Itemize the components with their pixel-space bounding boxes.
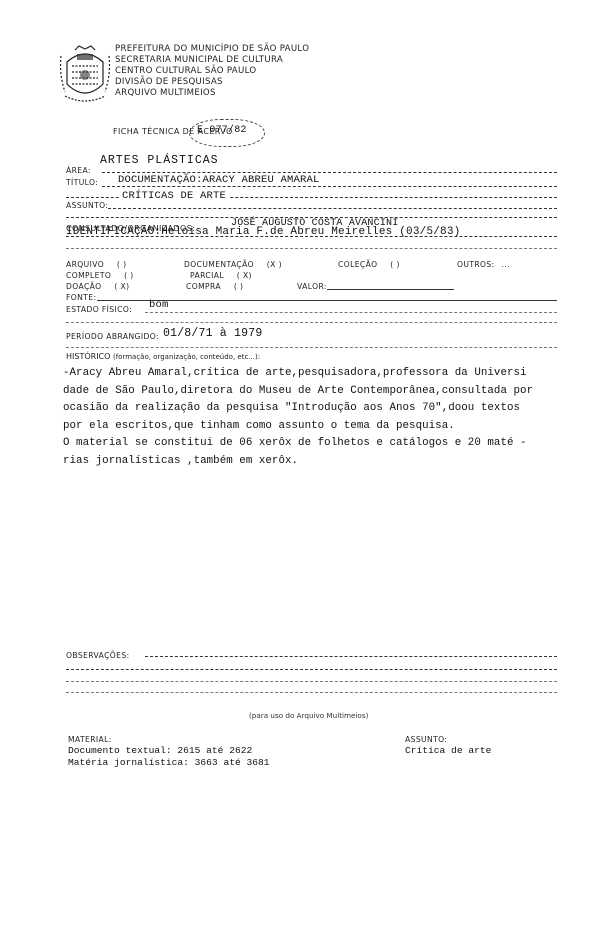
outros-option[interactable]: OUTROS: ... bbox=[457, 260, 510, 269]
material-list: Documento textual: 2615 até 2622 Matéria… bbox=[68, 745, 270, 769]
material-item: Documento textual: 2615 até 2622 bbox=[68, 745, 270, 757]
titulo-value: DOCUMENTAÇÃO:ARACY ABREU AMARAL bbox=[118, 174, 320, 186]
documentacao-label: DOCUMENTAÇÃO bbox=[184, 260, 254, 269]
historico-label: HISTÓRICO bbox=[66, 352, 110, 361]
historico-heading: HISTÓRICO (formação, organização, conteú… bbox=[66, 352, 260, 361]
header-line-secretaria: SECRETARIA MUNICIPAL DE CULTURA bbox=[115, 55, 309, 66]
periodo-label: PERÍODO ABRANGIDO: bbox=[66, 332, 159, 341]
area-label: ÁREA: bbox=[66, 166, 91, 175]
assunto-value: CRÍTICAS DE ARTE bbox=[119, 190, 229, 202]
compra-checkbox[interactable]: ( ) bbox=[234, 282, 244, 291]
footer-assunto-label: ASSUNTO: bbox=[405, 735, 447, 744]
observacoes-rule-3 bbox=[66, 681, 557, 682]
doacao-option[interactable]: DOAÇÃO ( X) bbox=[66, 282, 129, 291]
documentacao-checkbox[interactable]: (X ) bbox=[267, 260, 282, 269]
estado-label: ESTADO FÍSICO: bbox=[66, 305, 132, 314]
estado-value: bom bbox=[149, 299, 169, 311]
identificacao-rule bbox=[66, 236, 557, 237]
header-line-arquivo: ARQUIVO MULTIMEIOS bbox=[115, 88, 309, 99]
documentacao-option[interactable]: DOCUMENTAÇÃO (X ) bbox=[184, 260, 282, 269]
material-label: MATERIAL: bbox=[68, 735, 112, 744]
historico-line: -Aracy Abreu Amaral,crítica de arte,pesq… bbox=[63, 365, 533, 383]
blank-rule-2 bbox=[66, 248, 557, 249]
historico-line: dade de São Paulo,diretora do Museu de A… bbox=[63, 383, 533, 401]
historico-text: -Aracy Abreu Amaral,crítica de arte,pesq… bbox=[63, 365, 533, 471]
compra-option[interactable]: COMPRA ( ) bbox=[186, 282, 243, 291]
observacoes-rule bbox=[145, 656, 557, 657]
doacao-checkbox[interactable]: ( X) bbox=[114, 282, 129, 291]
estado-rule bbox=[145, 312, 557, 313]
historico-hint: (formação, organização, conteúdo, etc...… bbox=[113, 353, 260, 361]
colecao-checkbox[interactable]: ( ) bbox=[390, 260, 400, 269]
completo-checkbox[interactable]: ( ) bbox=[124, 271, 134, 280]
historico-line: O material se constitui de 06 xerôx de f… bbox=[63, 435, 533, 453]
historico-line: ocasião da realização da pesquisa "Intro… bbox=[63, 400, 533, 418]
header-line-prefeitura: PREFEITURA DO MUNICÍPIO DE SÃO PAULO bbox=[115, 44, 309, 55]
colecao-option[interactable]: COLEÇÃO ( ) bbox=[338, 260, 400, 269]
observacoes-rule-4 bbox=[66, 692, 557, 693]
historico-line: por ela escritos,que tinham como assunto… bbox=[63, 418, 533, 436]
titulo-label: TÍTULO: bbox=[66, 178, 98, 187]
arquivo-option[interactable]: ARQUIVO ( ) bbox=[66, 260, 126, 269]
assunto-label: ASSUNTO: bbox=[66, 201, 108, 210]
area-rule bbox=[102, 172, 557, 173]
header-line-divisao: DIVISÃO DE PESQUISAS bbox=[115, 77, 309, 88]
observacoes-rule-2 bbox=[66, 669, 557, 670]
completo-label: COMPLETO bbox=[66, 271, 111, 280]
arquivo-checkbox[interactable]: ( ) bbox=[117, 260, 127, 269]
valor-label: VALOR: bbox=[297, 282, 327, 291]
header-line-centro: CENTRO CULTURAL SÃO PAULO bbox=[115, 66, 309, 77]
colecao-label: COLEÇÃO bbox=[338, 260, 377, 269]
footer-note: (para uso do Arquivo Multimeios) bbox=[249, 711, 368, 720]
observacoes-label: OBSERVAÇÕES: bbox=[66, 651, 130, 660]
area-value: ARTES PLÁSTICAS bbox=[100, 154, 219, 167]
outros-label: OUTROS: bbox=[457, 260, 495, 269]
footer-assunto-value: Crítica de arte bbox=[405, 745, 491, 756]
parcial-checkbox[interactable]: ( X) bbox=[237, 271, 252, 280]
periodo-value: 01/8/71 à 1979 bbox=[163, 327, 262, 340]
assunto-rule bbox=[108, 208, 557, 209]
material-item: Matéria jornalística: 3663 até 3681 bbox=[68, 757, 270, 769]
compra-label: COMPRA bbox=[186, 282, 221, 291]
stamp-number: E 077/82 bbox=[197, 125, 247, 136]
titulo-rule bbox=[102, 186, 557, 187]
blank-rule-3 bbox=[66, 322, 557, 323]
periodo-rule bbox=[66, 347, 557, 348]
coat-of-arms-icon bbox=[57, 44, 113, 104]
doacao-label: DOAÇÃO bbox=[66, 282, 102, 291]
header-block: PREFEITURA DO MUNICÍPIO DE SÃO PAULO SEC… bbox=[115, 44, 309, 99]
completo-option[interactable]: COMPLETO ( ) bbox=[66, 271, 134, 280]
parcial-option[interactable]: PARCIAL ( X) bbox=[190, 271, 252, 280]
arquivo-label: ARQUIVO bbox=[66, 260, 104, 269]
fonte-label: FONTE: bbox=[66, 293, 96, 302]
valor-rule bbox=[327, 289, 454, 290]
historico-line: rias jornalísticas ,também em xerôx. bbox=[63, 453, 533, 471]
outros-value[interactable]: ... bbox=[501, 260, 509, 269]
parcial-label: PARCIAL bbox=[190, 271, 224, 280]
